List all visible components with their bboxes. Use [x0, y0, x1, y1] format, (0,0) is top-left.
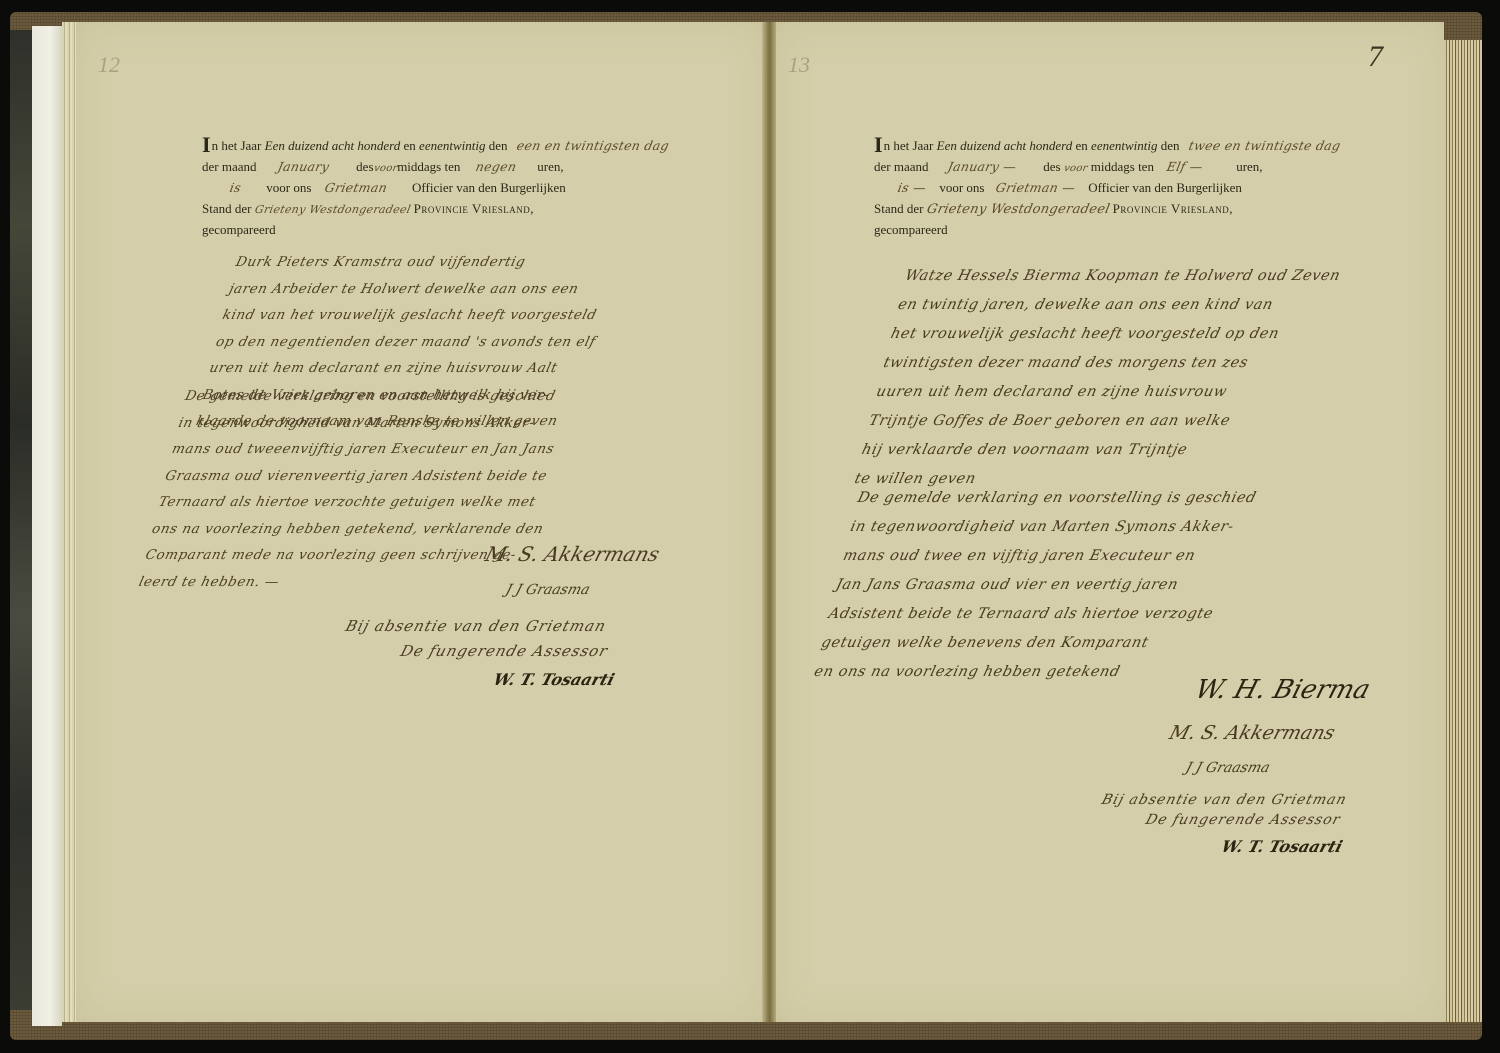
- flyleaf: [32, 26, 62, 1026]
- dropcap: I: [874, 135, 883, 155]
- assessor-title: De fungerende Assessor: [1144, 812, 1343, 828]
- right-witness-text: De gemelde verklaring en voorstelling is…: [811, 484, 1260, 687]
- day-field: een en twintigsten dag: [515, 135, 671, 156]
- signature-bierma: W. H. Bierma: [1192, 675, 1374, 705]
- left-page: 12 I n het Jaar Een duizend acht honderd…: [76, 22, 764, 1022]
- municipality-field: Grieteny Westdongeradeel: [252, 199, 412, 220]
- folio-number: 7: [1368, 40, 1383, 74]
- book-gutter: [762, 22, 776, 1022]
- official-field: Grietman: [322, 177, 389, 198]
- month-field: January: [276, 156, 332, 177]
- day-field: twee en twintigste dag: [1187, 135, 1343, 156]
- marbled-board-left: [10, 30, 32, 1010]
- dropcap: I: [202, 135, 211, 155]
- assessor-title: De fungerende Assessor: [398, 642, 610, 660]
- signature-akkermans: M. S. Akkermans: [1167, 722, 1338, 744]
- month-field: January —: [946, 156, 1019, 177]
- hour-field: negen: [473, 156, 518, 177]
- right-form-header: I n het Jaar Een duizend acht honderd en…: [874, 135, 1454, 240]
- left-corner-number: 12: [98, 52, 120, 78]
- left-form-header: I n het Jaar Een duizend acht honderd en…: [202, 135, 772, 240]
- municipality-field: Grieteny Westdongeradeel: [924, 199, 1111, 220]
- right-corner-number: 13: [788, 52, 810, 78]
- right-record-text: Watze Hessels Bierma Koopman te Holwerd …: [851, 262, 1343, 494]
- absence-note: Bij absentie van den Grietman: [343, 617, 608, 635]
- hour-field: Elf —: [1165, 156, 1205, 177]
- official-field: Grietman —: [994, 177, 1078, 198]
- signature-akkermans: M. S. Akkermans: [483, 542, 663, 566]
- absence-note: Bij absentie van den Grietman: [1100, 792, 1349, 808]
- right-page: 13 7 I n het Jaar Een duizend acht honde…: [776, 22, 1444, 1022]
- signature-tosaarti: W. T. Tosaarti: [491, 670, 616, 689]
- signature-graasma: J J Graasma: [504, 582, 592, 598]
- signature-tosaarti: W. T. Tosaarti: [1219, 837, 1344, 856]
- signature-graasma: J J Graasma: [1184, 760, 1272, 776]
